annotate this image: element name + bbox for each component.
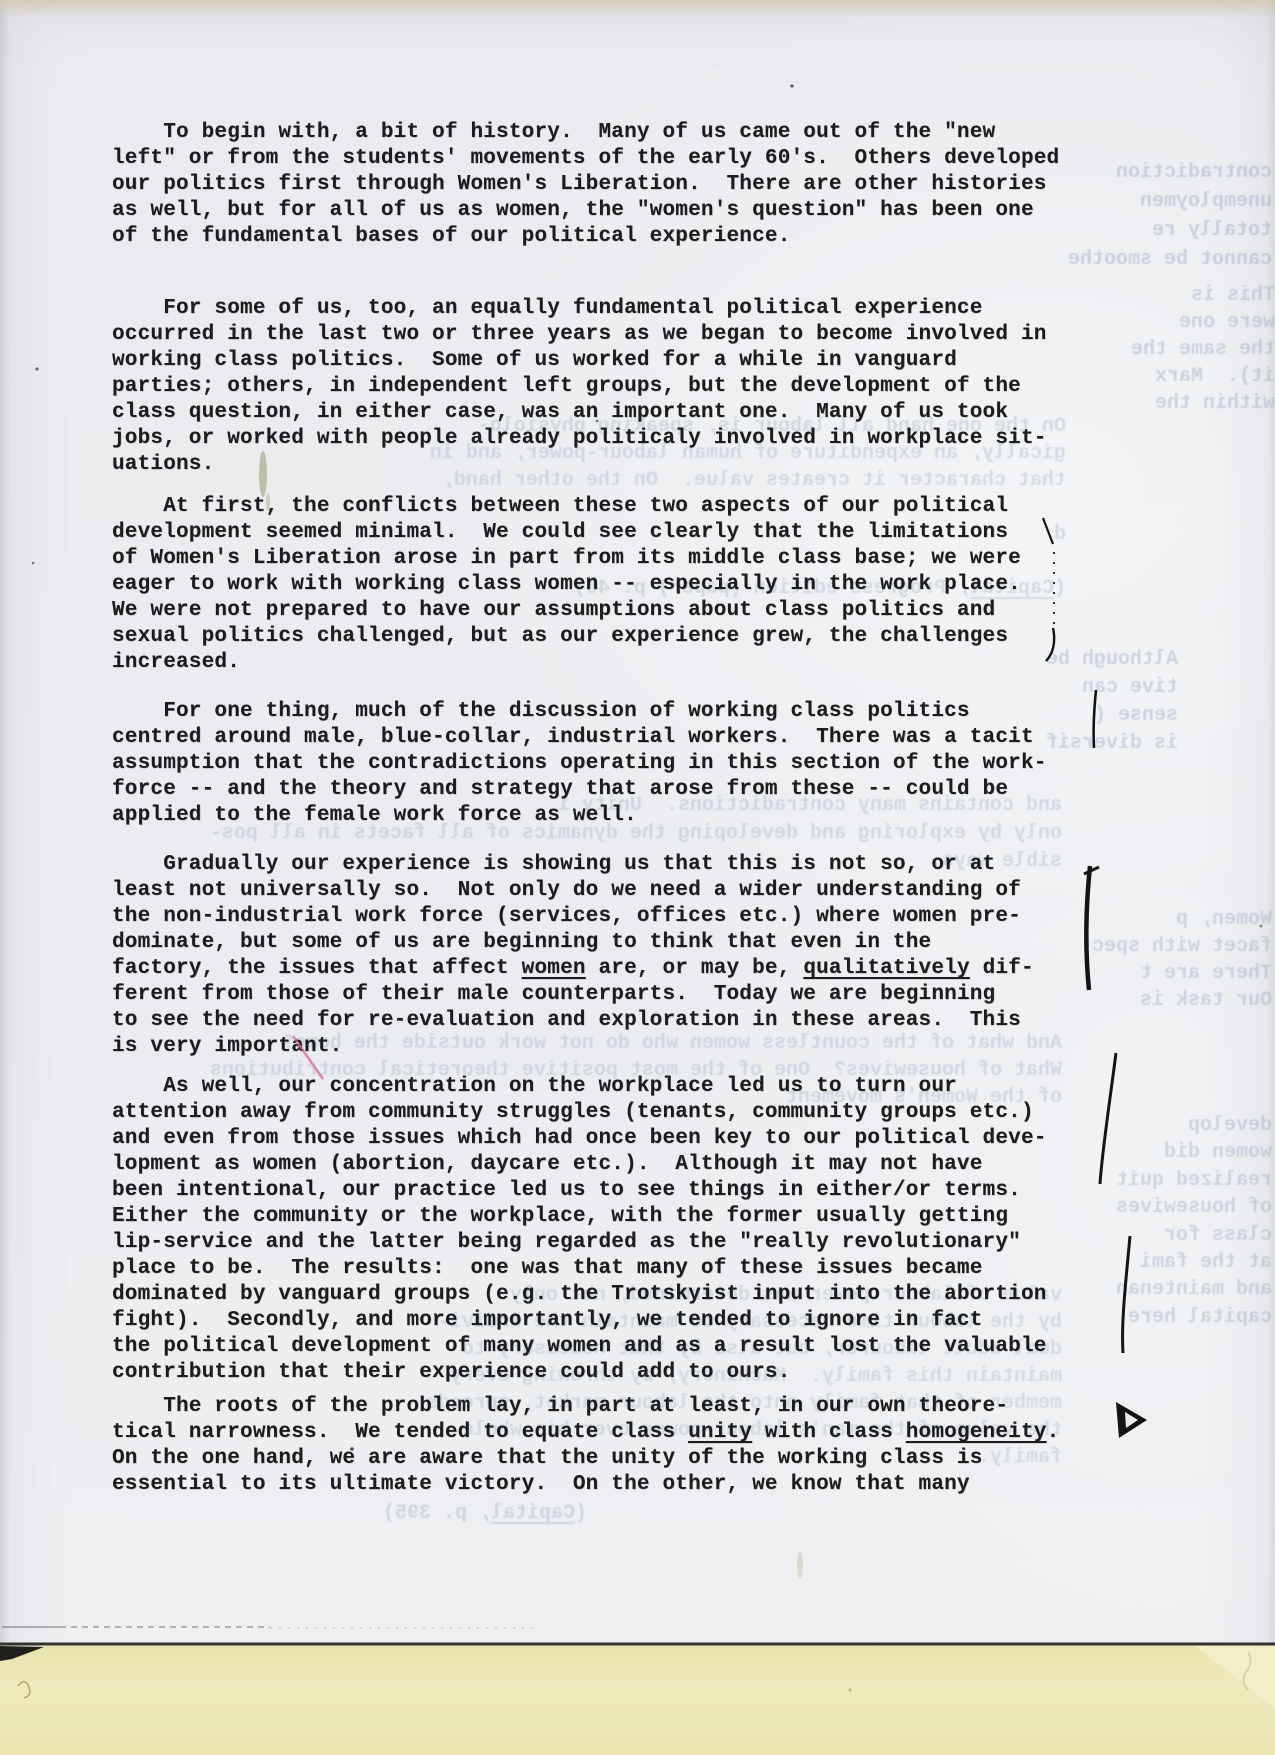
scanned-document-page: contradictionunemploymentotally recannot… <box>0 0 1275 1755</box>
ghost-text-block: developwomen didrealized quitof housewiv… <box>1087 1112 1272 1331</box>
ghost-text-block: (Capital, p. 395) <box>375 1500 587 1527</box>
ghost-text-block: Although betive cansense (is diversif <box>1028 646 1178 758</box>
typed-paragraph-7: The roots of the problem lay, in part at… <box>112 1394 1059 1498</box>
next-page-band <box>0 1646 1275 1755</box>
ghost-text-block: contradictionunemploymentotally recannot… <box>1042 158 1272 274</box>
typed-paragraph-6: As well, our concentration on the workpl… <box>112 1074 1047 1386</box>
typed-paragraph-2: For some of us, too, an equally fundamen… <box>112 296 1047 478</box>
typed-paragraph-1: To begin with, a bit of history. Many of… <box>112 120 1059 250</box>
typed-paragraph-4: For one thing, much of the discussion of… <box>112 699 1047 829</box>
typed-paragraph-3: At first, the conflicts between these tw… <box>112 494 1021 676</box>
typed-paragraph-5: Gradually our experience is showing us t… <box>112 852 1034 1060</box>
ghost-text-block: Women, pfacet with specThere are tOur ta… <box>1082 906 1272 1014</box>
ghost-text-block: This iswere onethe same theit). Marxwith… <box>1097 282 1275 417</box>
